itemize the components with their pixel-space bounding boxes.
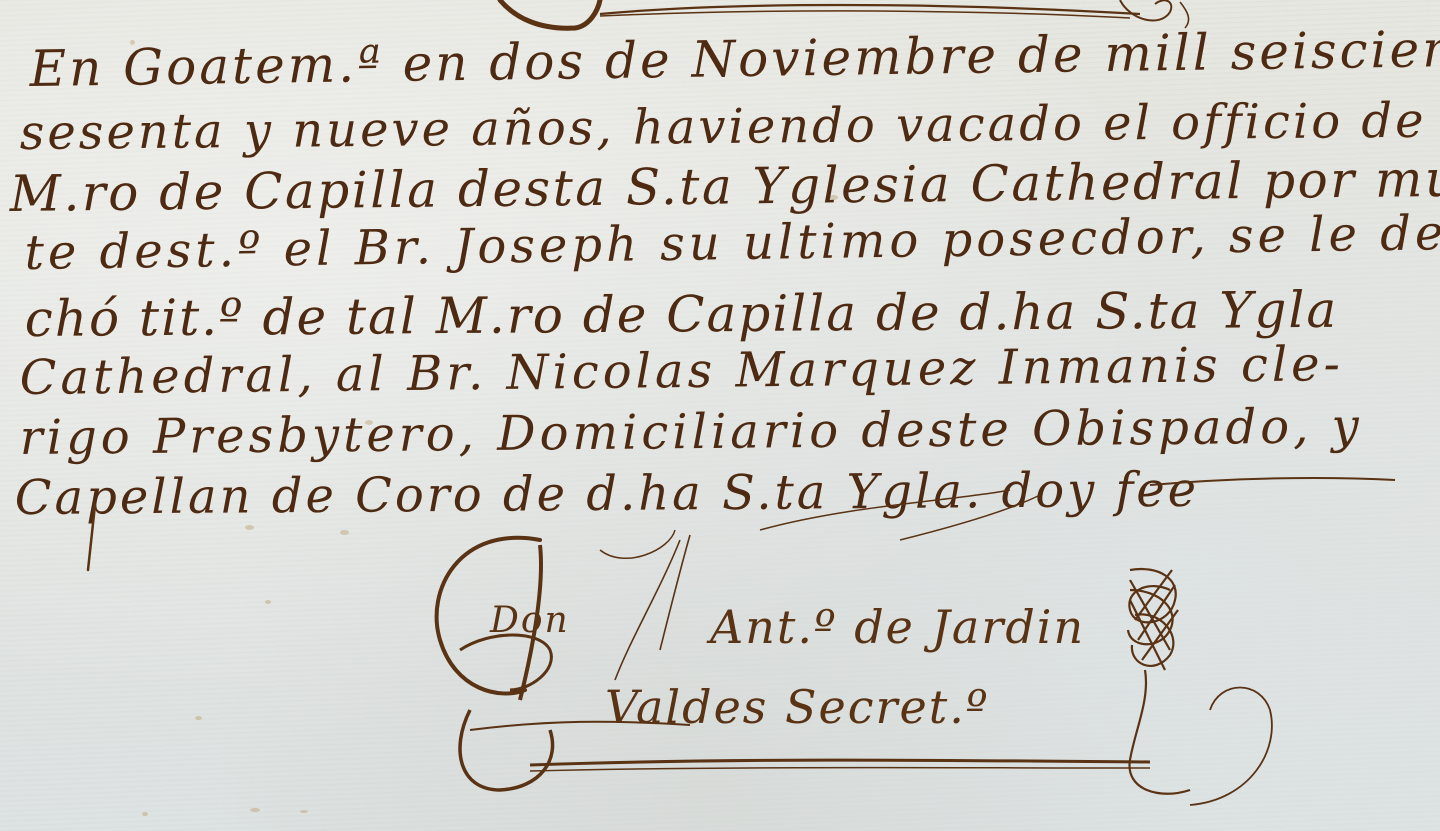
- manuscript-line-1: En Goatem.ª en dos de Noviembre de mill …: [29, 19, 1440, 98]
- manuscript-text: En Goatem.ª en dos de Noviembre de mill …: [0, 0, 1440, 520]
- paper-stain: [195, 716, 202, 720]
- manuscript-page: En Goatem.ª en dos de Noviembre de mill …: [0, 0, 1440, 831]
- paper-stain: [142, 812, 148, 816]
- paper-stain: [245, 525, 254, 530]
- paper-stain: [265, 600, 271, 604]
- paper-stain: [250, 808, 260, 812]
- manuscript-line-8: Capellan de Coro de d.ha S.ta Ygla. doy …: [15, 462, 1200, 526]
- signature-role: Valdes Secret.º: [605, 680, 989, 734]
- paper-stain: [300, 810, 308, 813]
- manuscript-line-7: rigo Presbytero, Domiciliario deste Obis…: [20, 398, 1363, 466]
- signature-block: Don Ant.º de Jardin Valdes Secret.º: [430, 530, 1330, 830]
- paper-stain: [340, 530, 349, 535]
- manuscript-line-2: sesenta y nueve años, haviendo vacado el…: [20, 93, 1427, 161]
- signature-title: Don: [490, 600, 570, 641]
- signature-name: Ant.º de Jardin: [710, 600, 1085, 654]
